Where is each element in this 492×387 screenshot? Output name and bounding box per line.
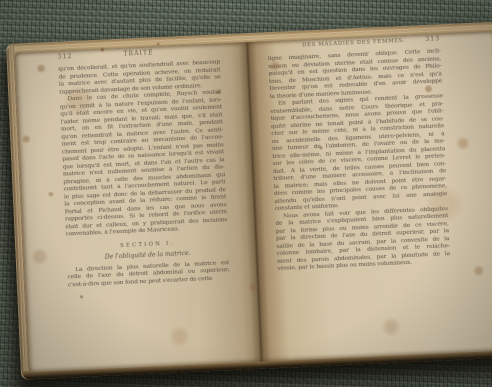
running-title: TRAITÉ [83,48,193,60]
paragraph: Nous avons fait voir que les différentes… [275,206,451,274]
paragraph: Dans le cas de chute complète, Ruysch vo… [59,89,227,239]
page-number: 312 [57,52,83,60]
paragraph: La direction la plus naturelle de la mat… [67,260,230,290]
paragraph: ligne imaginaire, sans devenir oblique. … [268,48,443,101]
left-page: 312 TRAITÉ qu'on décollerait, et qu'on s… [14,42,260,372]
left-page-text: 312 TRAITÉ qu'on décollerait, et qu'on s… [57,46,230,289]
right-page: DES MALADIES DES FEMMES. 313 ligne imagi… [246,31,492,362]
header-spacer [267,47,293,48]
right-page-text: DES MALADIES DES FEMMES. 313 ligne imagi… [267,35,450,273]
open-pages: 312 TRAITÉ qu'on décollerait, et qu'on s… [14,31,492,372]
open-book: 312 TRAITÉ qu'on décollerait, et qu'on s… [6,21,492,379]
paragraph: En parlant des signes qui rendent la gro… [270,93,448,213]
photo-scene: 312 TRAITÉ qu'on décollerait, et qu'on s… [0,0,492,387]
header-spacer [194,51,220,52]
page-number: 313 [414,35,440,43]
running-title: DES MALADIES DES FEMMES. [293,37,414,48]
